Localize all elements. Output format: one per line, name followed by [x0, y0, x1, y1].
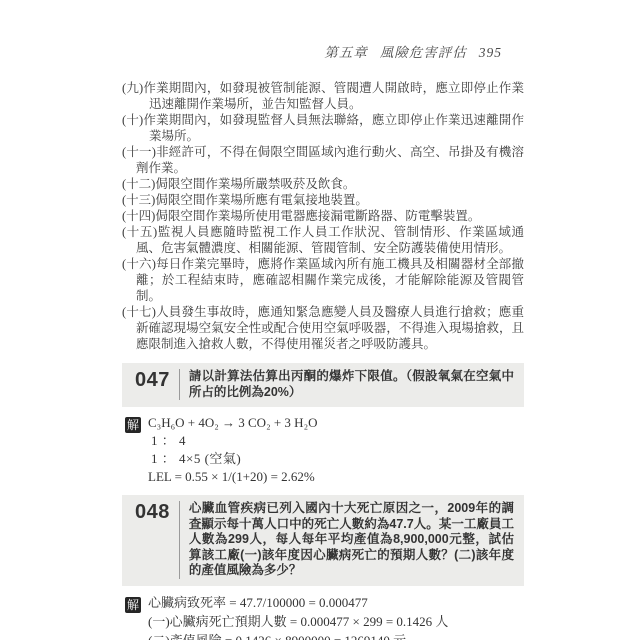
solution-047-body: C₃H₆O + 4O₂ → 3 CO₂ + 3 H₂O 1 ： 4 1 ： 4×… — [148, 416, 524, 484]
list-item: (十四)侷限空間作業場所使用電器應接漏電斷路器、防電擊裝置。 — [122, 208, 524, 224]
list-item-marker: (十七) — [122, 305, 156, 319]
list-item: (十一)非經許可，不得在侷限空間區域內進行動火、高空、吊掛及有機溶劑作業。 — [122, 144, 524, 176]
list-item-text: 作業期間內，如發現監督人員無法聯絡，應立即停止作業迅速離開作業場所。 — [143, 113, 524, 143]
list-item-marker: (十一) — [122, 145, 156, 159]
question-047-box: 047 請以計算法估算出丙酮的爆炸下限值。（假設氧氣在空氣中所占的比例為20%） — [122, 363, 524, 407]
expected-deaths-line: (一)心臟病死亡預期人數 = 0.000477 × 299 = 0.1426 人 — [148, 615, 524, 629]
list-item-marker: (十) — [122, 113, 143, 127]
question-047-text: 請以計算法估算出丙酮的爆炸下限值。（假設氧氣在空氣中所占的比例為20%） — [189, 369, 514, 400]
list-item-text: 每日作業完畢時，應將作業區域內所有施工機具及相關器材全部撤離；於工程結束時，應確… — [136, 257, 524, 303]
list-item: (十五)監視人員應隨時監視工作人員工作狀況、管制情形、作業區域通風、危害氣體濃度… — [122, 224, 524, 256]
running-head: 第五章風險危害評估395 — [324, 41, 502, 61]
solution-badge: 解 — [125, 597, 141, 613]
book-page: 第五章風險危害評估395 (九)作業期間內，如發現被管制能源、管閥遭人開啟時，應… — [0, 0, 640, 640]
list-item-text: 人員發生事故時，應通知緊急應變人員及醫療人員進行搶救；應重新確認現場空氣安全性或… — [136, 305, 524, 351]
list-item: (十六)每日作業完畢時，應將作業區域內所有施工機具及相關器材全部撤離；於工程結束… — [122, 256, 524, 304]
page-content: (九)作業期間內，如發現被管制能源、管閥遭人開啟時，應立即停止作業迅速離開作業場… — [122, 80, 524, 640]
question-048-text: 心臟血管疾病已列入國內十大死亡原因之一，2009年的調查顯示每十萬人口中的死亡人… — [189, 501, 514, 579]
list-item-text: 侷限空間作業場所使用電器應接漏電斷路器、防電擊裝置。 — [155, 209, 480, 223]
output-risk-line: (二)產值風險 = 0.1426 × 8900000 = 1269140 元 — [148, 634, 524, 640]
list-item-text: 非經許可，不得在侷限空間區域內進行動火、高空、吊掛及有機溶劑作業。 — [136, 145, 524, 175]
question-047-number: 047 — [135, 369, 180, 400]
list-item-text: 監視人員應隨時監視工作人員工作狀況、管制情形、作業區域通風、危害氣體濃度、相關能… — [136, 225, 524, 255]
question-048-box: 048 心臟血管疾病已列入國內十大死亡原因之一，2009年的調查顯示每十萬人口中… — [122, 495, 524, 586]
solution-048: 解 心臟病致死率 = 47.7/100000 = 0.000477 (一)心臟病… — [122, 596, 524, 640]
chapter-title: 風險危害評估 — [380, 45, 467, 60]
lel-result-line: LEL = 0.55 × 1/(1+20) = 2.62% — [148, 470, 524, 484]
chemical-equation: C₃H₆O + 4O₂ → 3 CO₂ + 3 H₂O — [148, 416, 524, 430]
list-item-marker: (十五) — [122, 225, 157, 239]
list-item: (十)作業期間內，如發現監督人員無法聯絡，應立即停止作業迅速離開作業場所。 — [122, 112, 524, 144]
list-item-marker: (十二) — [122, 177, 155, 191]
mole-ratio-line: 1 ： 4 — [148, 434, 524, 448]
air-ratio-line: 1 ： 4×5 (空氣) — [148, 452, 524, 466]
solution-047: 解 C₃H₆O + 4O₂ → 3 CO₂ + 3 H₂O 1 ： 4 1 ： … — [122, 416, 524, 484]
list-item-text: 作業期間內，如發現被管制能源、管閥遭人開啟時，應立即停止作業迅速離開作業場所，並… — [143, 81, 524, 111]
chapter-label: 第五章 — [324, 45, 368, 60]
solution-048-body: 心臟病致死率 = 47.7/100000 = 0.000477 (一)心臟病死亡… — [148, 596, 524, 640]
list-item: (十三)侷限空間作業場所應有電氣接地裝置。 — [122, 192, 524, 208]
safety-rules-list: (九)作業期間內，如發現被管制能源、管閥遭人開啟時，應立即停止作業迅速離開作業場… — [122, 80, 524, 352]
list-item: (九)作業期間內，如發現被管制能源、管閥遭人開啟時，應立即停止作業迅速離開作業場… — [122, 80, 524, 112]
list-item-text: 侷限空間作業場所嚴禁吸菸及飲食。 — [155, 177, 355, 191]
list-item: (十二)侷限空間作業場所嚴禁吸菸及飲食。 — [122, 176, 524, 192]
question-048-number: 048 — [135, 501, 180, 579]
page-number: 395 — [479, 45, 502, 60]
list-item-text: 侷限空間作業場所應有電氣接地裝置。 — [155, 193, 368, 207]
fatality-rate-line: 心臟病致死率 = 47.7/100000 = 0.000477 — [148, 596, 524, 610]
solution-badge: 解 — [125, 417, 141, 433]
list-item-marker: (九) — [122, 81, 143, 95]
list-item-marker: (十三) — [122, 193, 155, 207]
list-item-marker: (十六) — [122, 257, 156, 271]
list-item: (十七)人員發生事故時，應通知緊急應變人員及醫療人員進行搶救；應重新確認現場空氣… — [122, 304, 524, 352]
list-item-marker: (十四) — [122, 209, 155, 223]
